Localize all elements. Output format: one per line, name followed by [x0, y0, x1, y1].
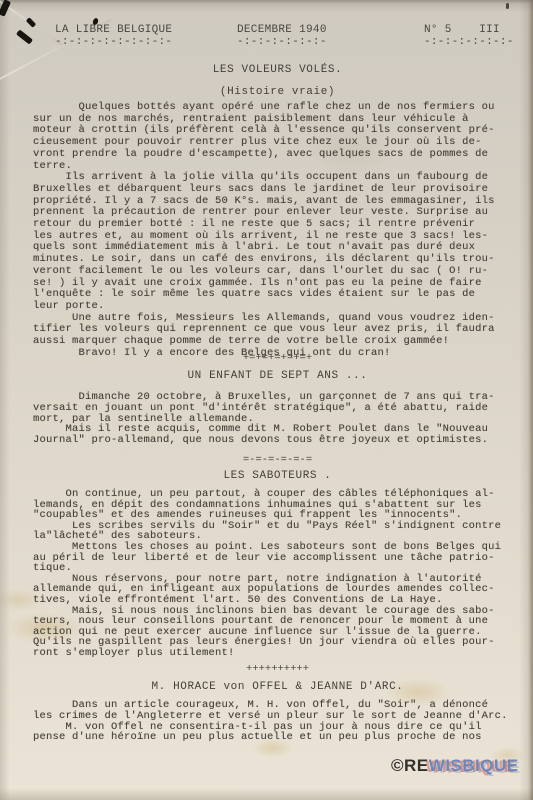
- article-title-offel: M. HORACE von OFFEL & JEANNE D'ARC.: [0, 681, 533, 693]
- masthead-date: DECEMBRE 1940: [237, 24, 327, 36]
- masthead-rule-center: -:-:-:-:-:-:-: [237, 36, 327, 48]
- article-subtitle-voleurs: (Histoire vraie): [0, 86, 533, 98]
- article-body-enfant: Dimanche 20 octobre, à Bruxelles, un gar…: [33, 392, 495, 446]
- article-title-voleurs: LES VOLEURS VOLÉS.: [0, 64, 533, 76]
- article-body-saboteurs: On continue, un peu partout, à couper de…: [33, 489, 501, 659]
- staple-mark: [16, 29, 33, 44]
- article-title-enfant: UN ENFANT DE SEPT ANS ...: [0, 370, 533, 382]
- masthead-rule-right: -:-:-:-:-:-:-: [424, 36, 514, 48]
- pen-tick: [506, 3, 509, 9]
- article-body-voleurs: Quelques bottés ayant opéré une rafle ch…: [33, 102, 495, 359]
- watermark-name: WISBIQUE: [429, 756, 519, 775]
- section-separator: ++++++++++: [0, 663, 533, 675]
- section-separator: =-=-=-=-=-=: [0, 454, 533, 466]
- section-separator: +=+=+=+=+=+: [0, 352, 533, 364]
- archive-watermark: ©REWISBIQUE: [391, 756, 519, 776]
- scanned-newspaper-page: LA LIBRE BELGIQUE DECEMBRE 1940 N° 5 III…: [0, 0, 533, 800]
- watermark-copyright: ©RE: [391, 756, 429, 775]
- masthead-rule-left: -:-:-:-:-:-:-:-:-: [55, 36, 172, 48]
- masthead-title: LA LIBRE BELGIQUE: [55, 24, 172, 36]
- article-body-offel: Dans un article courageux, M. H. von Off…: [33, 700, 508, 743]
- issue-number: N° 5 III: [424, 24, 500, 36]
- article-title-saboteurs: LES SABOTEURS .: [0, 470, 533, 482]
